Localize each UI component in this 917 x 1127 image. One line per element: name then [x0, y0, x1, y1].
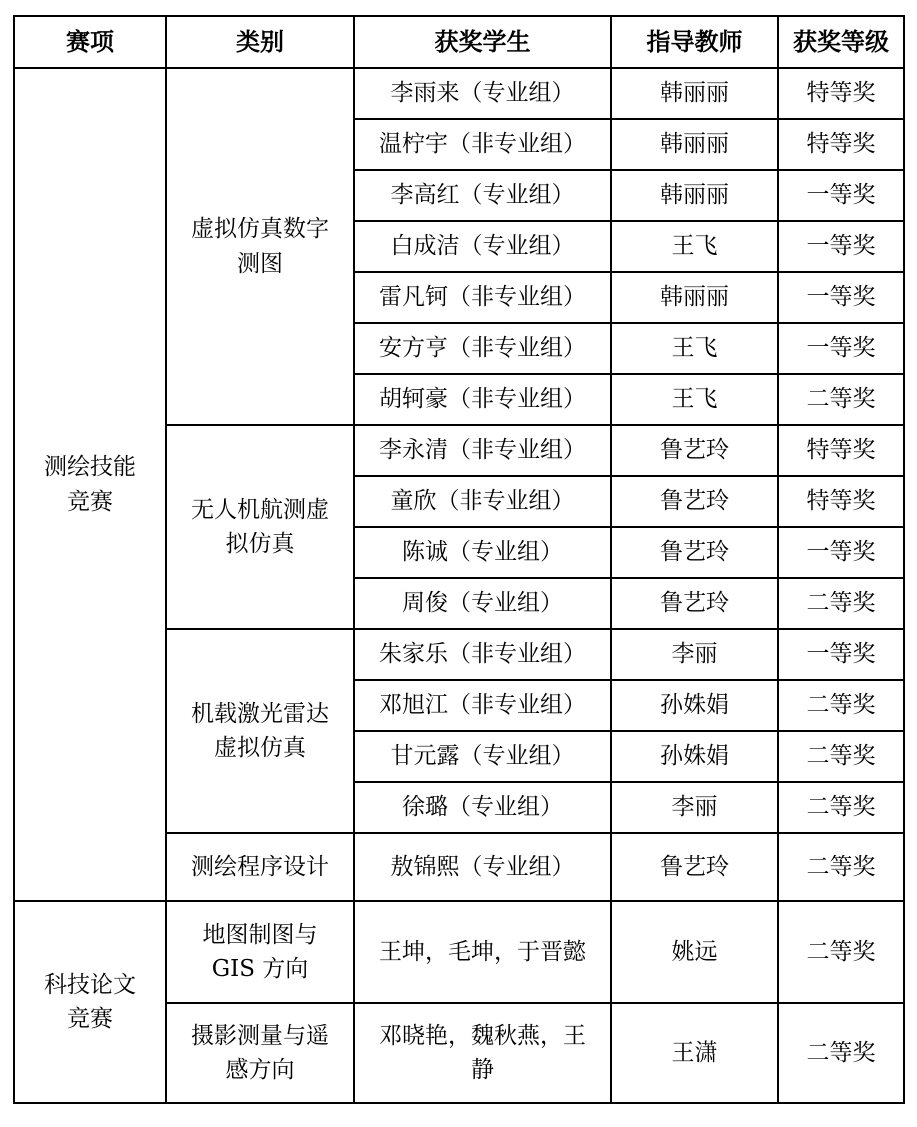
competition-cell: 测绘技能 竞赛	[14, 68, 166, 901]
teacher-cell: 姚远	[611, 901, 778, 1003]
award-cell: 一等奖	[778, 527, 904, 578]
student-cell: 王坤，毛坤，于晋懿	[354, 901, 611, 1003]
student-cell: 朱家乐（非专业组）	[354, 629, 611, 680]
award-cell: 二等奖	[778, 731, 904, 782]
award-cell: 一等奖	[778, 323, 904, 374]
competition-cell: 科技论文 竞赛	[14, 901, 166, 1103]
teacher-cell: 韩丽丽	[611, 272, 778, 323]
award-cell: 一等奖	[778, 272, 904, 323]
student-cell: 温柠宇（非专业组）	[354, 119, 611, 170]
student-cell: 陈诚（专业组）	[354, 527, 611, 578]
award-cell: 二等奖	[778, 782, 904, 833]
award-cell: 二等奖	[778, 901, 904, 1003]
student-cell: 胡轲豪（非专业组）	[354, 374, 611, 425]
category-cell: 摄影测量与遥 感方向	[166, 1003, 354, 1103]
table-row: 科技论文 竞赛 地图制图与 GIS 方向 王坤，毛坤，于晋懿 姚远 二等奖	[14, 901, 904, 1003]
col-header-award: 获奖等级	[778, 16, 904, 68]
student-cell: 李永清（非专业组）	[354, 425, 611, 476]
teacher-cell: 鲁艺玲	[611, 833, 778, 901]
teacher-cell: 鲁艺玲	[611, 425, 778, 476]
award-cell: 一等奖	[778, 629, 904, 680]
table-row: 测绘技能 竞赛 虚拟仿真数字 测图 李雨来（专业组） 韩丽丽 特等奖	[14, 68, 904, 119]
student-cell: 邓晓艳，魏秋燕，王 静	[354, 1003, 611, 1103]
teacher-cell: 王飞	[611, 221, 778, 272]
student-cell: 甘元露（专业组）	[354, 731, 611, 782]
award-cell: 特等奖	[778, 119, 904, 170]
student-cell: 童欣（非专业组）	[354, 476, 611, 527]
teacher-cell: 王潇	[611, 1003, 778, 1103]
teacher-cell: 王飞	[611, 323, 778, 374]
category-cell: 地图制图与 GIS 方向	[166, 901, 354, 1003]
award-cell: 二等奖	[778, 374, 904, 425]
teacher-cell: 李丽	[611, 782, 778, 833]
teacher-cell: 韩丽丽	[611, 68, 778, 119]
award-cell: 二等奖	[778, 1003, 904, 1103]
col-header-competition: 赛项	[14, 16, 166, 68]
teacher-cell: 孙姝娟	[611, 680, 778, 731]
col-header-category: 类别	[166, 16, 354, 68]
student-cell: 周俊（专业组）	[354, 578, 611, 629]
award-cell: 二等奖	[778, 578, 904, 629]
teacher-cell: 王飞	[611, 374, 778, 425]
student-cell: 敖锦熙（专业组）	[354, 833, 611, 901]
student-cell: 雷凡钶（非专业组）	[354, 272, 611, 323]
student-cell: 邓旭江（非专业组）	[354, 680, 611, 731]
teacher-cell: 鲁艺玲	[611, 476, 778, 527]
student-cell: 李高红（专业组）	[354, 170, 611, 221]
category-cell: 无人机航测虚 拟仿真	[166, 425, 354, 629]
student-cell: 安方亨（非专业组）	[354, 323, 611, 374]
category-cell: 虚拟仿真数字 测图	[166, 68, 354, 425]
col-header-teacher: 指导教师	[611, 16, 778, 68]
teacher-cell: 李丽	[611, 629, 778, 680]
award-cell: 二等奖	[778, 833, 904, 901]
col-header-student: 获奖学生	[354, 16, 611, 68]
student-cell: 徐璐（专业组）	[354, 782, 611, 833]
awards-table: 赛项 类别 获奖学生 指导教师 获奖等级 测绘技能 竞赛 虚拟仿真数字 测图 李…	[13, 15, 905, 1104]
award-cell: 特等奖	[778, 68, 904, 119]
award-cell: 一等奖	[778, 221, 904, 272]
category-cell: 机载激光雷达 虚拟仿真	[166, 629, 354, 833]
award-cell: 二等奖	[778, 680, 904, 731]
student-cell: 李雨来（专业组）	[354, 68, 611, 119]
category-cell: 测绘程序设计	[166, 833, 354, 901]
page: 赛项 类别 获奖学生 指导教师 获奖等级 测绘技能 竞赛 虚拟仿真数字 测图 李…	[0, 0, 917, 1127]
teacher-cell: 鲁艺玲	[611, 578, 778, 629]
table-header-row: 赛项 类别 获奖学生 指导教师 获奖等级	[14, 16, 904, 68]
teacher-cell: 孙姝娟	[611, 731, 778, 782]
teacher-cell: 韩丽丽	[611, 170, 778, 221]
award-cell: 特等奖	[778, 425, 904, 476]
teacher-cell: 韩丽丽	[611, 119, 778, 170]
teacher-cell: 鲁艺玲	[611, 527, 778, 578]
award-cell: 特等奖	[778, 476, 904, 527]
award-cell: 一等奖	[778, 170, 904, 221]
student-cell: 白成洁（专业组）	[354, 221, 611, 272]
